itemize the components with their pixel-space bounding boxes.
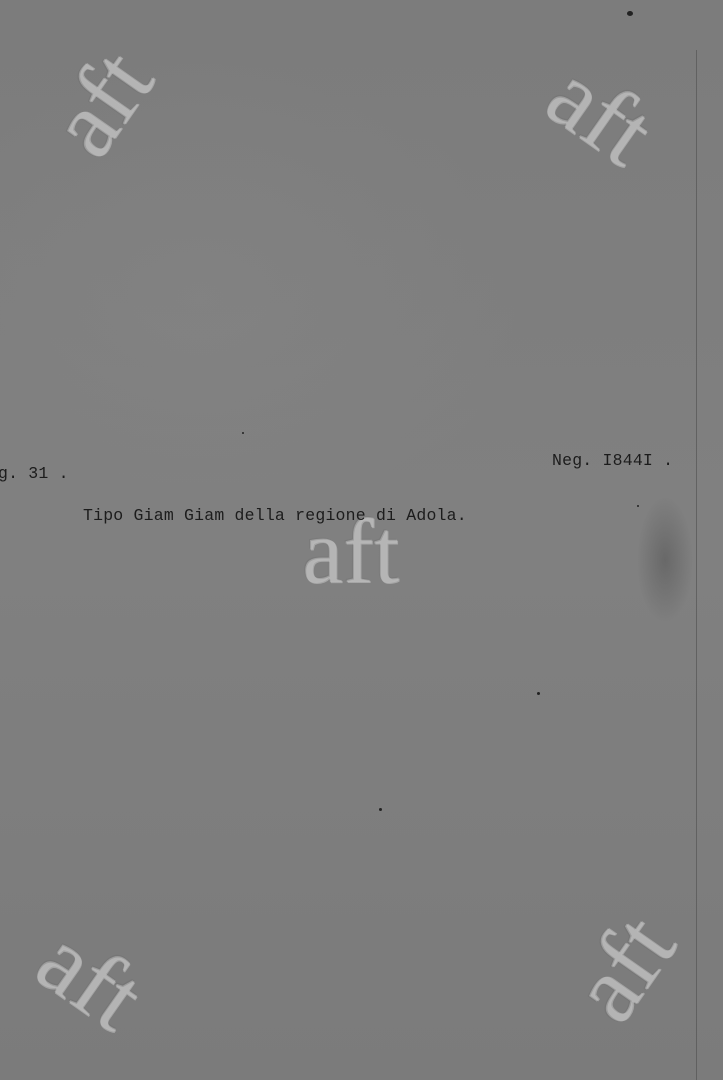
ink-speck <box>627 11 633 16</box>
ink-speck <box>537 692 540 695</box>
photo-caption: Tipo Giam Giam della regione di Adola. <box>83 506 467 525</box>
figure-number: g. 31 . <box>0 464 69 483</box>
watermark-bottom-right: aft <box>554 899 691 1037</box>
ink-speck <box>379 808 382 811</box>
watermark-top-left: aft <box>32 34 169 172</box>
watermark-bottom-left: aft <box>22 910 160 1047</box>
scanned-document-page: aft aft aft aft aft g. 31 . Neg. I844I .… <box>0 0 723 1080</box>
negative-number: Neg. I844I . <box>552 451 673 470</box>
ink-speck <box>242 432 244 434</box>
ink-speck <box>637 505 639 507</box>
page-edge-line <box>696 50 697 1080</box>
watermark-top-right: aft <box>532 45 670 182</box>
